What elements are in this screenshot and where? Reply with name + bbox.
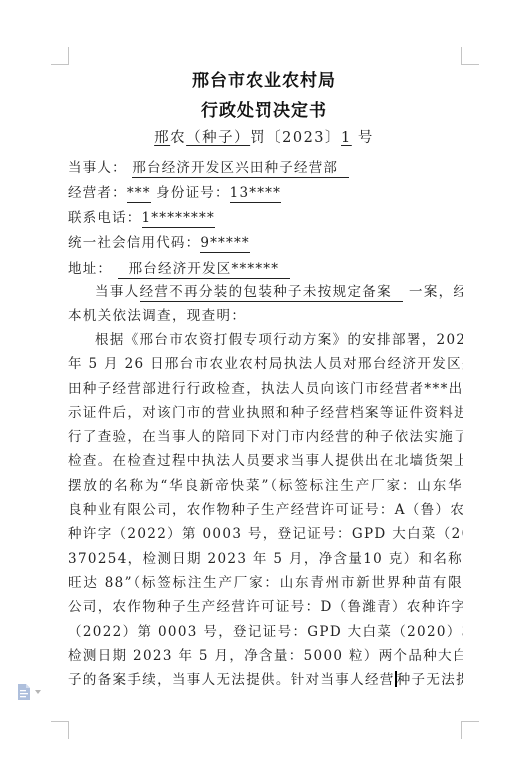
body-line: 年 5 月 26 日邢台市农业农村局执法人员对邢台经济开发区兴 xyxy=(68,352,463,376)
document-page[interactable]: 邢台市农业农村局 行政处罚决定书 邢农（种子）罚〔2023〕1 号 当事人： 邢… xyxy=(0,0,528,766)
document-number: 邢农（种子）罚〔2023〕1 号 xyxy=(0,126,528,147)
field-credit-code: 统一社会信用代码：9***** xyxy=(68,231,250,251)
page-margin-corner-top-right xyxy=(461,47,479,65)
document-title-type: 行政处罚决定书 xyxy=(0,96,528,121)
address-label: 地址： xyxy=(68,261,112,277)
field-operator: 经营者：*** 身份证号：13**** xyxy=(68,181,281,201)
body-line: 田种子经营部进行行政检查，执法人员向该门市经营者***出 xyxy=(68,377,463,401)
body-line: 公司，农作物种子生产经营许可证号：D（鲁潍青）农种许字 xyxy=(68,595,463,619)
body-line: 根据《邢台市农资打假专项行动方案》的安排部署，2023 xyxy=(68,328,463,352)
party-value: 邢台经济开发区兴田种子经营部 xyxy=(132,160,349,178)
field-address: 地址： 邢台经济开发区****** xyxy=(68,257,290,277)
case-intro-line: 当事人经营不再分装的包装种子未按规定备案 一案，经 xyxy=(68,280,463,304)
operator-value: *** xyxy=(127,185,151,203)
body-line: 示证件后，对该门市的营业执照和种子经营档案等证件资料进 xyxy=(68,401,463,425)
doc-number-year: 罚〔2023〕 xyxy=(250,130,341,146)
operator-label: 经营者： xyxy=(68,185,127,201)
doc-number-prefix: 邢 xyxy=(154,130,170,146)
body-line: 旺达 88”（标签标注生产厂家：山东青州市新世界种苗有限 xyxy=(68,571,463,595)
page-margin-corner-bottom-right xyxy=(461,721,479,739)
body-line-with-cursor: 子的备案手续，当事人无法提供。针对当事人经营种子无法提 xyxy=(68,668,463,692)
body-line: 检测日期 2023 年 5 月，净含量：5000 粒）两个品种大白菜种 xyxy=(68,644,463,668)
case-name: 经营不再分装的包装种子未按规定备案 xyxy=(140,284,404,302)
doc-number-category: （种子） xyxy=(186,130,250,146)
body-line: （2022）第 0003 号，登记证号：GPD 大白菜（2020）370410， xyxy=(68,620,463,644)
body-line: 良种业有限公司，农作物种子生产经营许可证号：A（鲁）农 xyxy=(68,498,463,522)
dropdown-arrow-icon xyxy=(35,690,41,694)
page-margin-corner-top-left xyxy=(51,47,69,65)
body-line: 摆放的名称为“华良新帝快菜”（标签标注生产厂家：山东华 xyxy=(68,474,463,498)
body-line: 种许字（2022）第 0003 号，登记证号：GPD 大白菜（2018） xyxy=(68,522,463,546)
phone-value: 1******** xyxy=(142,210,215,228)
document-options-button[interactable] xyxy=(17,683,43,701)
doc-number-suffix: 号 xyxy=(358,130,374,146)
doc-number-part1: 农 xyxy=(170,130,186,146)
address-value: 邢台经济开发区****** xyxy=(118,261,291,279)
body-line: 370254，检测日期 2023 年 5 月，净含量10 克）和名称为“正 xyxy=(68,547,463,571)
field-party: 当事人： 邢台经济开发区兴田种子经营部 xyxy=(68,156,349,176)
credit-label: 统一社会信用代码： xyxy=(68,235,200,251)
document-options-icon xyxy=(17,684,31,700)
party-label: 当事人： xyxy=(68,160,127,176)
body-line: 检查。在检查过程中执法人员要求当事人提供出在北墙货架上 xyxy=(68,449,463,473)
credit-value: 9***** xyxy=(200,235,250,253)
id-value: 13**** xyxy=(230,185,281,203)
doc-number-serial: 1 xyxy=(341,130,352,146)
id-label: 身份证号： xyxy=(156,185,230,201)
document-title-agency: 邢台市农业农村局 xyxy=(0,66,528,91)
field-phone: 联系电话：1******** xyxy=(68,206,215,226)
case-intro-line-2: 本机关依法调查，现查明： xyxy=(68,304,463,328)
case-intro-paragraph: 当事人经营不再分装的包装种子未按规定备案 一案，经 本机关依法调查，现查明： xyxy=(68,280,463,329)
findings-paragraph[interactable]: 根据《邢台市农资打假专项行动方案》的安排部署，2023 年 5 月 26 日邢台… xyxy=(68,328,463,692)
body-line: 行了查验，在当事人的陪同下对门市内经营的种子依法实施了 xyxy=(68,425,463,449)
page-margin-corner-bottom-left xyxy=(51,721,69,739)
phone-label: 联系电话： xyxy=(68,210,142,226)
